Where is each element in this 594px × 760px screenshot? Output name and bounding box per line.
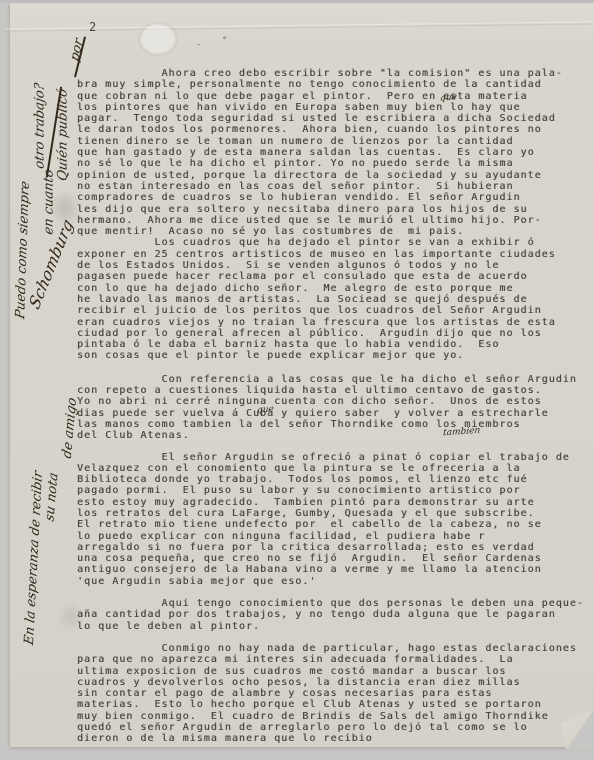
scanned-letter-page: { "page": { "number": "2", "stray_mark_1…	[0, 0, 594, 760]
margin-note-otro-trabajo: otro trabajo?	[33, 82, 48, 170]
paragraph-deudas: Aqui tengo conocimiento que dos personas…	[77, 598, 582, 632]
paragraph-conmigo: Conmigo no hay nada de particular, hago …	[77, 643, 582, 745]
stray-mark: °	[222, 36, 227, 46]
handwritten-insert-que: que	[440, 92, 458, 103]
scan-top-edge	[0, 0, 594, 4]
paragraph-referencia: Con referencia a las cosas que le ha dic…	[77, 374, 582, 442]
margin-note-en-cuanto: en cuanto	[42, 168, 57, 236]
margin-note-quien-publico: Quién publicó	[56, 88, 71, 182]
paragraph-comision: Ahora creo debo escribir sobre "la comis…	[77, 68, 582, 237]
typed-letter-body: Ahora creo debo escribir sobre "la comis…	[77, 68, 582, 745]
page-number: 2	[89, 20, 97, 34]
paragraph-velazquez: El señor Argudin se ofreció a pinat ó co…	[77, 452, 582, 588]
paragraph-cuadros-exhibir: Los cuadros que ha dejado el pintor se v…	[77, 237, 582, 361]
stray-mark: -	[196, 40, 201, 50]
handwritten-insert-que: que	[257, 404, 275, 415]
